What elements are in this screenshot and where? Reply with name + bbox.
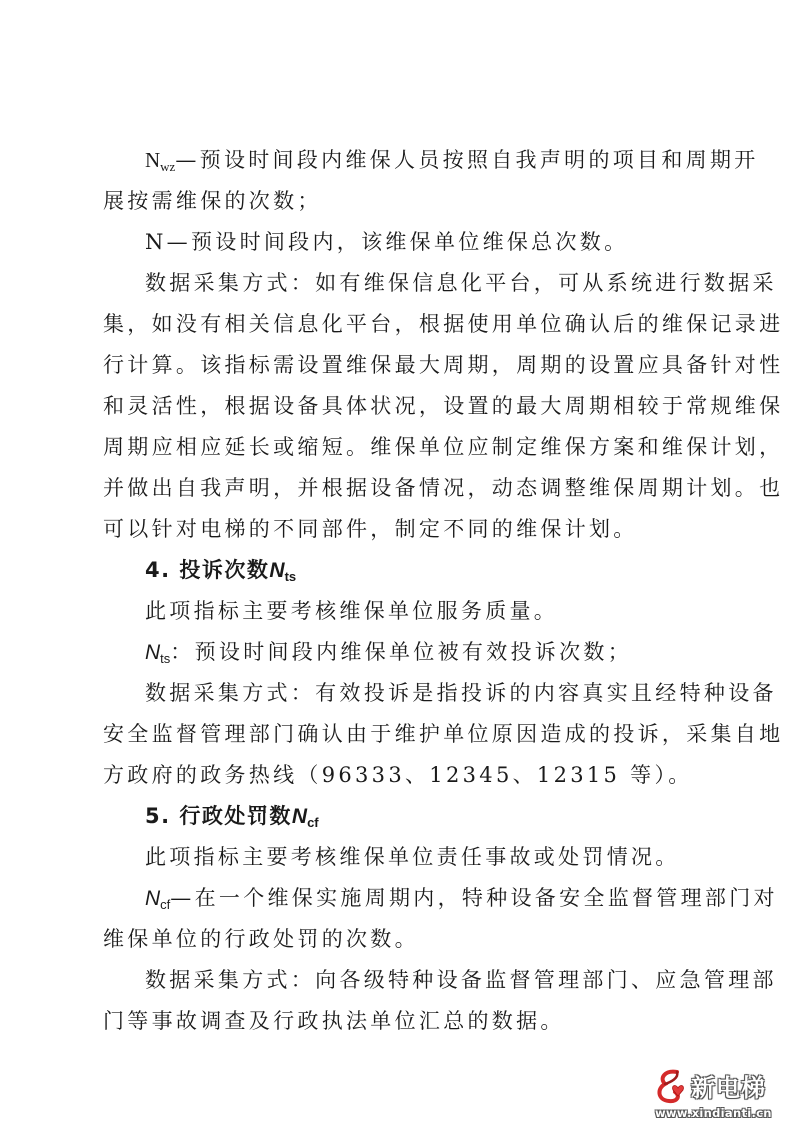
n-definition: N—预设时间段内，该维保单位维保总次数。	[145, 227, 745, 257]
collection-method-1-line: 并做出自我声明，并根据设备情况，动态调整维保周期计划。也	[103, 473, 703, 503]
ncf-definition-line1: Ncf—在一个维保实施周期内，特种设备安全监督管理部门对	[145, 883, 745, 914]
watermark-url: www.xindianti.cn	[655, 1106, 772, 1120]
collection-method-4-line: 安全监督管理部门确认由于维护单位原因造成的投诉，采集自地	[103, 719, 703, 749]
nts-symbol: Nts	[269, 559, 296, 582]
collection-method-5-line: 门等事故调查及行政执法单位汇总的数据。	[103, 1006, 703, 1036]
ncf-definition-line2: 维保单位的行政处罚的次数。	[103, 924, 703, 954]
section-4-description: 此项指标主要考核维保单位服务质量。	[145, 596, 745, 626]
collection-method-1-line: 数据采集方式：如有维保信息化平台，可从系统进行数据采	[145, 268, 745, 298]
section-5-heading: 5. 行政处罚数Ncf	[145, 801, 745, 832]
collection-method-1-line: 行计算。该指标需设置维保最大周期，周期的设置应具备针对性	[103, 350, 703, 380]
nwz-definition-line1: Nwz—预设时间段内维保人员按照自我声明的项目和周期开	[145, 145, 745, 175]
ncf-symbol: Ncf	[292, 805, 319, 828]
collection-method-1-line: 和灵活性，根据设备具体状况，设置的最大周期相较于常规维保	[103, 391, 703, 421]
red-ribbon-heart-logo-icon	[655, 1068, 689, 1104]
collection-method-1-line: 集，如没有相关信息化平台，根据使用单位确认后的维保记录进	[103, 309, 703, 339]
collection-method-5-line: 数据采集方式：向各级特种设备监督管理部门、应急管理部	[145, 965, 745, 995]
section-5-description: 此项指标主要考核维保单位责任事故或处罚情况。	[145, 842, 745, 872]
watermark: 新电梯 www.xindianti.cn	[655, 1068, 795, 1120]
collection-method-1-line: 可以针对电梯的不同部件，制定不同的维保计划。	[103, 514, 703, 544]
watermark-brand: 新电梯	[691, 1068, 766, 1103]
document-page: Nwz—预设时间段内维保人员按照自我声明的项目和周期开 展按需维保的次数； N—…	[0, 0, 800, 1131]
section-4-heading: 4. 投诉次数Nts	[145, 555, 745, 586]
nwz-definition-line2: 展按需维保的次数；	[103, 186, 703, 216]
collection-method-4-line: 数据采集方式：有效投诉是指投诉的内容真实且经特种设备	[145, 678, 745, 708]
ncf-def-symbol: Ncf	[145, 887, 170, 910]
nwz-symbol: Nwz	[145, 148, 175, 172]
collection-method-1-line: 周期应相应延长或缩短。维保单位应制定维保方案和维保计划，	[103, 432, 703, 462]
nts-def-symbol: Nts	[145, 641, 170, 664]
collection-method-4-line: 方政府的政务热线（96333、12345、12315 等）。	[103, 760, 703, 790]
nts-definition: Nts：预设时间段内维保单位被有效投诉次数；	[145, 637, 745, 668]
